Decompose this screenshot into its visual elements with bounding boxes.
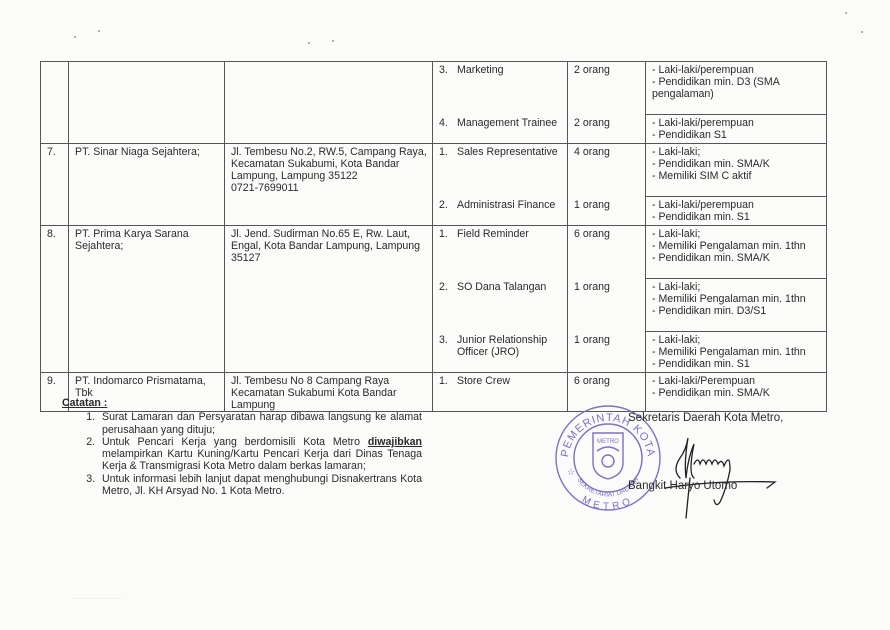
position-quantity: 2 orang xyxy=(568,62,646,115)
requirement-item: - Memiliki Pengalaman min. 1thn xyxy=(652,240,822,252)
position-name: 3.Marketing xyxy=(433,62,568,115)
signatory-name: Bangkit Haryo Utomo xyxy=(628,480,737,492)
requirement-item: - Pendidikan min. D3/S1 xyxy=(652,305,822,317)
company-name: PT. Sinar Niaga Sejahtera; xyxy=(69,144,225,226)
position-requirements: - Laki-laki/Perempuan- Pendidikan min. S… xyxy=(646,373,827,412)
position-requirements: - Laki-laki;- Memiliki Pengalaman min. 1… xyxy=(646,226,827,279)
address-line: Jl. Tembesu No 8 Campang Raya xyxy=(231,375,428,387)
position-quantity: 2 orang xyxy=(568,115,646,144)
address-line: Lampung, Lampung 35122 xyxy=(231,170,428,182)
note-item: Untuk Pencari Kerja yang berdomisili Kot… xyxy=(98,436,422,473)
requirement-item: - Pendidikan min. SMA/K xyxy=(652,387,822,399)
job-vacancy-table: 3.Marketing2 orang- Laki-laki/perempuan-… xyxy=(40,61,827,412)
position-title: Junior Relationship Officer (JRO) xyxy=(457,334,563,358)
position-quantity: 6 orang xyxy=(568,226,646,279)
emphasis-required: diwajibkan xyxy=(368,436,422,448)
row-number xyxy=(41,62,69,144)
note-item: Surat Lamaran dan Persyaratan harap diba… xyxy=(98,411,422,436)
position-requirements: - Laki-laki;- Pendidikan min. SMA/K- Mem… xyxy=(646,144,827,197)
position-number: 1. xyxy=(439,146,457,158)
requirement-item: - Pendidikan min. S1 xyxy=(652,211,822,223)
scan-speck xyxy=(332,40,334,42)
requirement-item: - Laki-laki/perempuan xyxy=(652,64,822,76)
address-line: Jl. Tembesu No.2, RW.5, Campang Raya, xyxy=(231,146,428,158)
requirement-item: - Laki-laki/Perempuan xyxy=(652,375,822,387)
address-line: Engal, Kota Bandar Lampung, Lampung xyxy=(231,240,428,252)
requirement-item: - Memiliki Pengalaman min. 1thn xyxy=(652,293,822,305)
position-number: 1. xyxy=(439,228,457,240)
requirement-item: - Pendidikan min. SMA/K xyxy=(652,252,822,264)
position-quantity: 1 orang xyxy=(568,279,646,332)
svg-text:METRO: METRO xyxy=(597,439,619,445)
requirement-item: - Laki-laki; xyxy=(652,334,822,346)
scan-speck xyxy=(308,42,310,44)
position-quantity: 4 orang xyxy=(568,144,646,197)
position-name: 1.Sales Representative xyxy=(433,144,568,197)
position-requirements: - Laki-laki/perempuan- Pendidikan min. D… xyxy=(646,62,827,115)
position-title: Sales Representative xyxy=(457,146,563,158)
position-name: 3.Junior Relationship Officer (JRO) xyxy=(433,332,568,373)
position-number: 2. xyxy=(439,281,457,293)
requirement-item: - Laki-laki/perempuan xyxy=(652,117,822,129)
requirement-item: - Memiliki Pengalaman min. 1thn xyxy=(652,346,822,358)
position-number: 2. xyxy=(439,199,457,211)
position-requirements: - Laki-laki/perempuan- Pendidikan S1 xyxy=(646,115,827,144)
company-address: Jl. Jend. Sudirman No.65 E, Rw. Laut,Eng… xyxy=(225,226,433,373)
scan-speck xyxy=(74,36,76,38)
footer-print-note: ........................................… xyxy=(71,596,124,600)
address-line: 0721-7699011 xyxy=(231,182,428,194)
company-address xyxy=(225,62,433,144)
note-item: Untuk informasi lebih lanjut dapat mengh… xyxy=(98,473,422,498)
requirement-item: - Pendidikan min. S1 xyxy=(652,358,822,370)
position-number: 3. xyxy=(439,334,457,346)
company-address: Jl. Tembesu No.2, RW.5, Campang Raya,Kec… xyxy=(225,144,433,226)
position-name: 1.Field Reminder xyxy=(433,226,568,279)
position-title: Management Trainee xyxy=(457,117,563,129)
company-name: PT. Prima Karya Sarana Sejahtera; xyxy=(69,226,225,373)
scan-speck xyxy=(861,31,863,33)
position-number: 3. xyxy=(439,64,457,76)
position-title: Store Crew xyxy=(457,375,563,387)
svg-text:☆: ☆ xyxy=(567,468,575,478)
signatory-title: Sekretaris Daerah Kota Metro, xyxy=(628,412,783,424)
company-name xyxy=(69,62,225,144)
table-row: 8.PT. Prima Karya Sarana Sejahtera;Jl. J… xyxy=(41,226,827,279)
position-number: 1. xyxy=(439,375,457,387)
address-line: Kecamatan Sukabumi, Kota Bandar xyxy=(231,158,428,170)
row-number: 7. xyxy=(41,144,69,226)
row-number: 8. xyxy=(41,226,69,373)
position-name: 2.Administrasi Finance xyxy=(433,197,568,226)
position-number: 4. xyxy=(439,117,457,129)
requirement-item: - Laki-laki/perempuan xyxy=(652,199,822,211)
position-name: 4.Management Trainee xyxy=(433,115,568,144)
position-quantity: 1 orang xyxy=(568,332,646,373)
requirement-item: - Pendidikan min. D3 (SMA xyxy=(652,76,822,88)
scan-speck xyxy=(845,12,847,14)
notes-title: Catatan : xyxy=(62,397,422,409)
position-title: Administrasi Finance xyxy=(457,199,563,211)
position-title: Marketing xyxy=(457,64,563,76)
requirement-item: - Pendidikan S1 xyxy=(652,129,822,141)
position-requirements: - Laki-laki/perempuan- Pendidikan min. S… xyxy=(646,197,827,226)
table-row: 7.PT. Sinar Niaga Sejahtera;Jl. Tembesu … xyxy=(41,144,827,197)
requirement-item: pengalaman) xyxy=(652,88,822,100)
table-row: 3.Marketing2 orang- Laki-laki/perempuan-… xyxy=(41,62,827,115)
requirement-item: - Laki-laki; xyxy=(652,281,822,293)
notes-list: Surat Lamaran dan Persyaratan harap diba… xyxy=(62,411,422,497)
requirement-item: - Laki-laki; xyxy=(652,146,822,158)
handwritten-signature-icon xyxy=(660,428,785,523)
position-name: 1.Store Crew xyxy=(433,373,568,412)
position-requirements: - Laki-laki;- Memiliki Pengalaman min. 1… xyxy=(646,279,827,332)
requirement-item: - Pendidikan min. SMA/K xyxy=(652,158,822,170)
position-name: 2.SO Dana Talangan xyxy=(433,279,568,332)
scan-speck xyxy=(98,30,100,32)
address-line: 35127 xyxy=(231,252,428,264)
position-requirements: - Laki-laki;- Memiliki Pengalaman min. 1… xyxy=(646,332,827,373)
address-line: Jl. Jend. Sudirman No.65 E, Rw. Laut, xyxy=(231,228,428,240)
requirement-item: - Memiliki SIM C aktif xyxy=(652,170,822,182)
position-title: Field Reminder xyxy=(457,228,563,240)
notes-section: Catatan : Surat Lamaran dan Persyaratan … xyxy=(62,397,422,497)
position-quantity: 1 orang xyxy=(568,197,646,226)
requirement-item: - Laki-laki; xyxy=(652,228,822,240)
position-title: SO Dana Talangan xyxy=(457,281,563,293)
